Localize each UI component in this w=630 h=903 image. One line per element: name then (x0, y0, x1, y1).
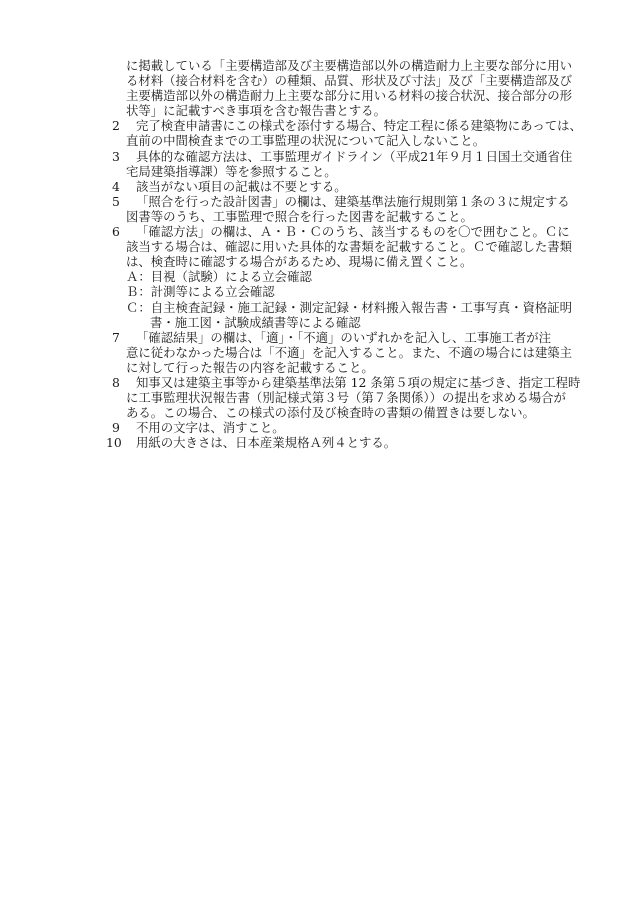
note-number: 6 (112, 224, 126, 239)
note-number: 4 (112, 179, 126, 194)
method-a: Ａ：目視（試験）による立会確認 (112, 269, 560, 284)
method-b: Ｂ：計測等による立会確認 (112, 284, 560, 299)
method-code: Ｂ： (126, 284, 151, 299)
note-line: 知事又は建築主事等から建築基準法第 12 条第５項の規定に基づき、指定工程時 (126, 375, 580, 390)
note-number: 2 (112, 118, 126, 133)
note-line: 完了検査申請書にこの様式を添付する場合、特定工程に係る建築物にあっては、 (126, 118, 582, 133)
note-number: 3 (112, 149, 126, 164)
document-page: に掲載している「主要構造部及び主要構造部以外の構造耐力上主要な部分に用い る材料… (0, 0, 630, 903)
method-text: 自主検査記録・施工記録・測定記録・材料搬入報告書・工事写真・資格証明 (151, 300, 572, 315)
note-line: に掲載している「主要構造部及び主要構造部以外の構造耐力上主要な部分に用い (112, 58, 560, 73)
note-line: 該当する場合は、確認に用いた具体的な書類を記載すること。Ｃで確認した書類 (112, 239, 560, 254)
note-line: 意に従わなかった場合は「不適」を記入すること。また、不適の場合には建築主 (112, 345, 560, 360)
method-code: Ａ： (126, 269, 151, 284)
note-3: 3 具体的な確認方法は、工事監理ガイドライン（平成21年９月１日国土交通省住 宅… (112, 149, 560, 179)
method-c-continuation: 書・施工図・試験成績書等による確認 (112, 315, 560, 330)
note-1-continuation: に掲載している「主要構造部及び主要構造部以外の構造耐力上主要な部分に用い る材料… (112, 58, 560, 118)
note-8: 8 知事又は建築主事等から建築基準法第 12 条第５項の規定に基づき、指定工程時… (112, 375, 560, 420)
note-line: 不用の文字は、消すこと。 (126, 420, 285, 435)
note-line: 該当がない項目の記載は不要とする。 (126, 179, 347, 194)
note-line: 用紙の大きさは、日本産業規格Ａ列４とする。 (126, 435, 396, 450)
method-code: Ｃ： (126, 300, 151, 315)
note-4: 4 該当がない項目の記載は不要とする。 (112, 179, 560, 194)
note-9: 9 不用の文字は、消すこと。 (112, 420, 560, 435)
note-number: 10 (106, 435, 126, 450)
note-line: に工事監理状況報告書（別記様式第３号（第７条関係））の提出を求める場合が (112, 390, 560, 405)
note-line: 主要構造部以外の構造耐力上主要な部分に用いる材料の接合状況、接合部分の形 (112, 88, 560, 103)
note-line: る材料（接合材料を含む）の種類、品質、形状及び寸法」及び「主要構造部及び (112, 73, 560, 88)
note-line: 「照合を行った設計図書」の欄は、建築基準法施行規則第１条の３に規定する (126, 194, 570, 209)
note-10: 10 用紙の大きさは、日本産業規格Ａ列４とする。 (112, 435, 560, 450)
method-text: 目視（試験）による立会確認 (151, 269, 312, 284)
note-2: 2 完了検査申請書にこの様式を添付する場合、特定工程に係る建築物にあっては、 直… (112, 118, 560, 148)
note-line: 図書等のうち、工事監理で照合を行った図書を記載すること。 (112, 209, 560, 224)
note-line: 「確認結果」の欄は、「適」・「不適」のいずれかを記入し、工事施工者が注 (126, 330, 551, 345)
note-number: 5 (112, 194, 126, 209)
note-number: 8 (112, 375, 126, 390)
note-7: 7 「確認結果」の欄は、「適」・「不適」のいずれかを記入し、工事施工者が注 意に… (112, 330, 560, 375)
note-line: は、検査時に確認する場合があるため、現場に備え置くこと。 (112, 254, 560, 269)
note-number: 9 (112, 420, 126, 435)
note-6: 6 「確認方法」の欄は、Ａ・Ｂ・Ｃのうち、該当するものを〇で囲むこと。Ｃに 該当… (112, 224, 560, 330)
method-text: 計測等による立会確認 (151, 284, 275, 299)
note-line: 宅局建築指導課）等を参照すること。 (112, 164, 560, 179)
note-line: 直前の中間検査までの工事監理の状況について記入しないこと。 (112, 133, 560, 148)
note-line: に対して行った報告の内容を記載すること。 (112, 360, 560, 375)
note-5: 5 「照合を行った設計図書」の欄は、建築基準法施行規則第１条の３に規定する 図書… (112, 194, 560, 224)
notes-list: に掲載している「主要構造部及び主要構造部以外の構造耐力上主要な部分に用い る材料… (112, 58, 560, 450)
note-line: 状等」に記載すべき事項を含む報告書とする。 (112, 103, 560, 118)
method-c: Ｃ：自主検査記録・施工記録・測定記録・材料搬入報告書・工事写真・資格証明 (112, 300, 560, 315)
note-line: 「確認方法」の欄は、Ａ・Ｂ・Ｃのうち、該当するものを〇で囲むこと。Ｃに (126, 224, 570, 239)
note-number: 7 (112, 330, 126, 345)
note-line: 具体的な確認方法は、工事監理ガイドライン（平成21年９月１日国土交通省住 (126, 149, 572, 164)
note-line: ある。この場合、この様式の添付及び検査時の書類の備置きは要しない。 (112, 405, 560, 420)
